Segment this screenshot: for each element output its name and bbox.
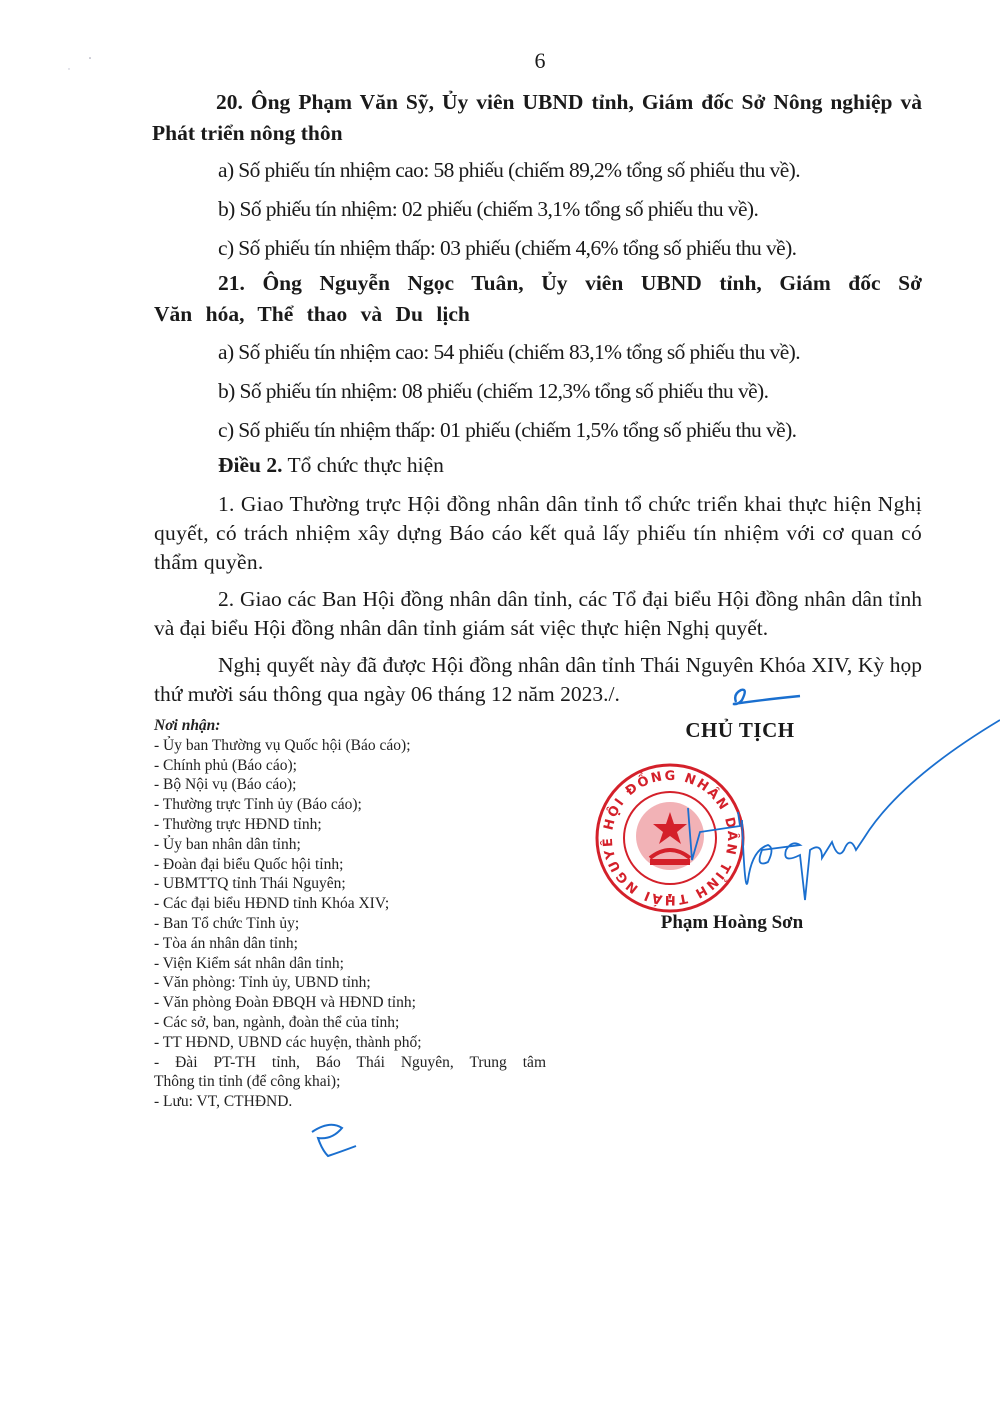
page-number: 6: [0, 48, 1000, 74]
section-20-item-c: c) Số phiếu tín nhiệm thấp: 03 phiếu (ch…: [154, 233, 922, 263]
article-2-label: Điều 2.: [218, 453, 283, 477]
recipients-title: Nơi nhận:: [154, 716, 554, 736]
signer-block: CHỦ TỊCH: [600, 718, 880, 743]
recipient-line: - UBMTTQ tỉnh Thái Nguyên;: [154, 874, 554, 894]
section-21: 21. Ông Nguyễn Ngọc Tuân, Ủy viên UBND t…: [154, 268, 922, 445]
section-21-heading: 21. Ông Nguyễn Ngọc Tuân, Ủy viên UBND t…: [154, 268, 922, 330]
recipient-line: Thông tin tỉnh (để công khai);: [154, 1072, 554, 1092]
article-2-clause-2: 2. Giao các Ban Hội đồng nhân dân tỉnh, …: [154, 585, 922, 643]
recipient-line: - Ban Tổ chức Tỉnh ủy;: [154, 914, 554, 934]
recipient-line: - Đài PT-TH tỉnh, Báo Thái Nguyên, Trung…: [154, 1053, 546, 1073]
recipient-line: - TT HĐND, UBND các huyện, thành phố;: [154, 1033, 554, 1053]
recipient-line: - Tòa án nhân dân tỉnh;: [154, 934, 554, 954]
recipient-line: - Thường trực Tỉnh ủy (Báo cáo);: [154, 795, 554, 815]
section-20: 20. Ông Phạm Văn Sỹ, Ủy viên UBND tỉnh, …: [154, 87, 922, 263]
recipient-line: - Bộ Nội vụ (Báo cáo);: [154, 775, 554, 795]
recipient-line: - Ủy ban nhân dân tỉnh;: [154, 835, 554, 855]
recipient-line: - Viện Kiểm sát nhân dân tỉnh;: [154, 954, 554, 974]
section-20-item-b: b) Số phiếu tín nhiệm: 02 phiếu (chiếm 3…: [154, 194, 922, 224]
section-21-item-a: a) Số phiếu tín nhiệm cao: 54 phiếu (chi…: [154, 337, 922, 367]
section-20-item-a: a) Số phiếu tín nhiệm cao: 58 phiếu (chi…: [154, 155, 922, 185]
recipient-line: - Văn phòng: Tỉnh ủy, UBND tỉnh;: [154, 973, 554, 993]
section-20-heading: 20. Ông Phạm Văn Sỹ, Ủy viên UBND tỉnh, …: [152, 87, 922, 149]
signer-name: Phạm Hoàng Sơn: [612, 912, 852, 934]
recipient-line: - Ủy ban Thường vụ Quốc hội (Báo cáo);: [154, 736, 554, 756]
recipient-line: - Thường trực HĐND tỉnh;: [154, 815, 554, 835]
section-21-item-c: c) Số phiếu tín nhiệm thấp: 01 phiếu (ch…: [154, 415, 922, 445]
section-21-item-b: b) Số phiếu tín nhiệm: 08 phiếu (chiếm 1…: [154, 376, 922, 406]
recipient-line: - Đoàn đại biểu Quốc hội tỉnh;: [154, 855, 554, 875]
recipient-line: - Văn phòng Đoàn ĐBQH và HĐND tỉnh;: [154, 993, 554, 1013]
recipient-line: - Chính phủ (Báo cáo);: [154, 756, 554, 776]
article-2-clause-1: 1. Giao Thường trực Hội đồng nhân dân tỉ…: [154, 490, 922, 577]
signer-title: CHỦ TỊCH: [600, 718, 880, 743]
recipient-line: - Các đại biểu HĐND tỉnh Khóa XIV;: [154, 894, 554, 914]
article-2: Điều 2. Tổ chức thực hiện 1. Giao Thường…: [154, 450, 922, 709]
recipient-line: - Lưu: VT, CTHĐND.: [154, 1092, 554, 1112]
article-2-title: Tổ chức thực hiện: [288, 453, 444, 477]
recipient-line: - Các sở, ban, ngành, đoàn thể của tỉnh;: [154, 1013, 554, 1033]
article-2-heading: Điều 2. Tổ chức thực hiện: [154, 450, 922, 480]
closing-statement: Nghị quyết này đã được Hội đồng nhân dân…: [154, 651, 922, 709]
official-stamp-icon: HỘI ĐỒNG NHÂN DÂN TỈNH THÁI NGUYÊN ★: [594, 762, 746, 914]
recipients-list: Nơi nhận: - Ủy ban Thường vụ Quốc hội (B…: [154, 716, 554, 1112]
scan-artifact: [60, 55, 100, 80]
